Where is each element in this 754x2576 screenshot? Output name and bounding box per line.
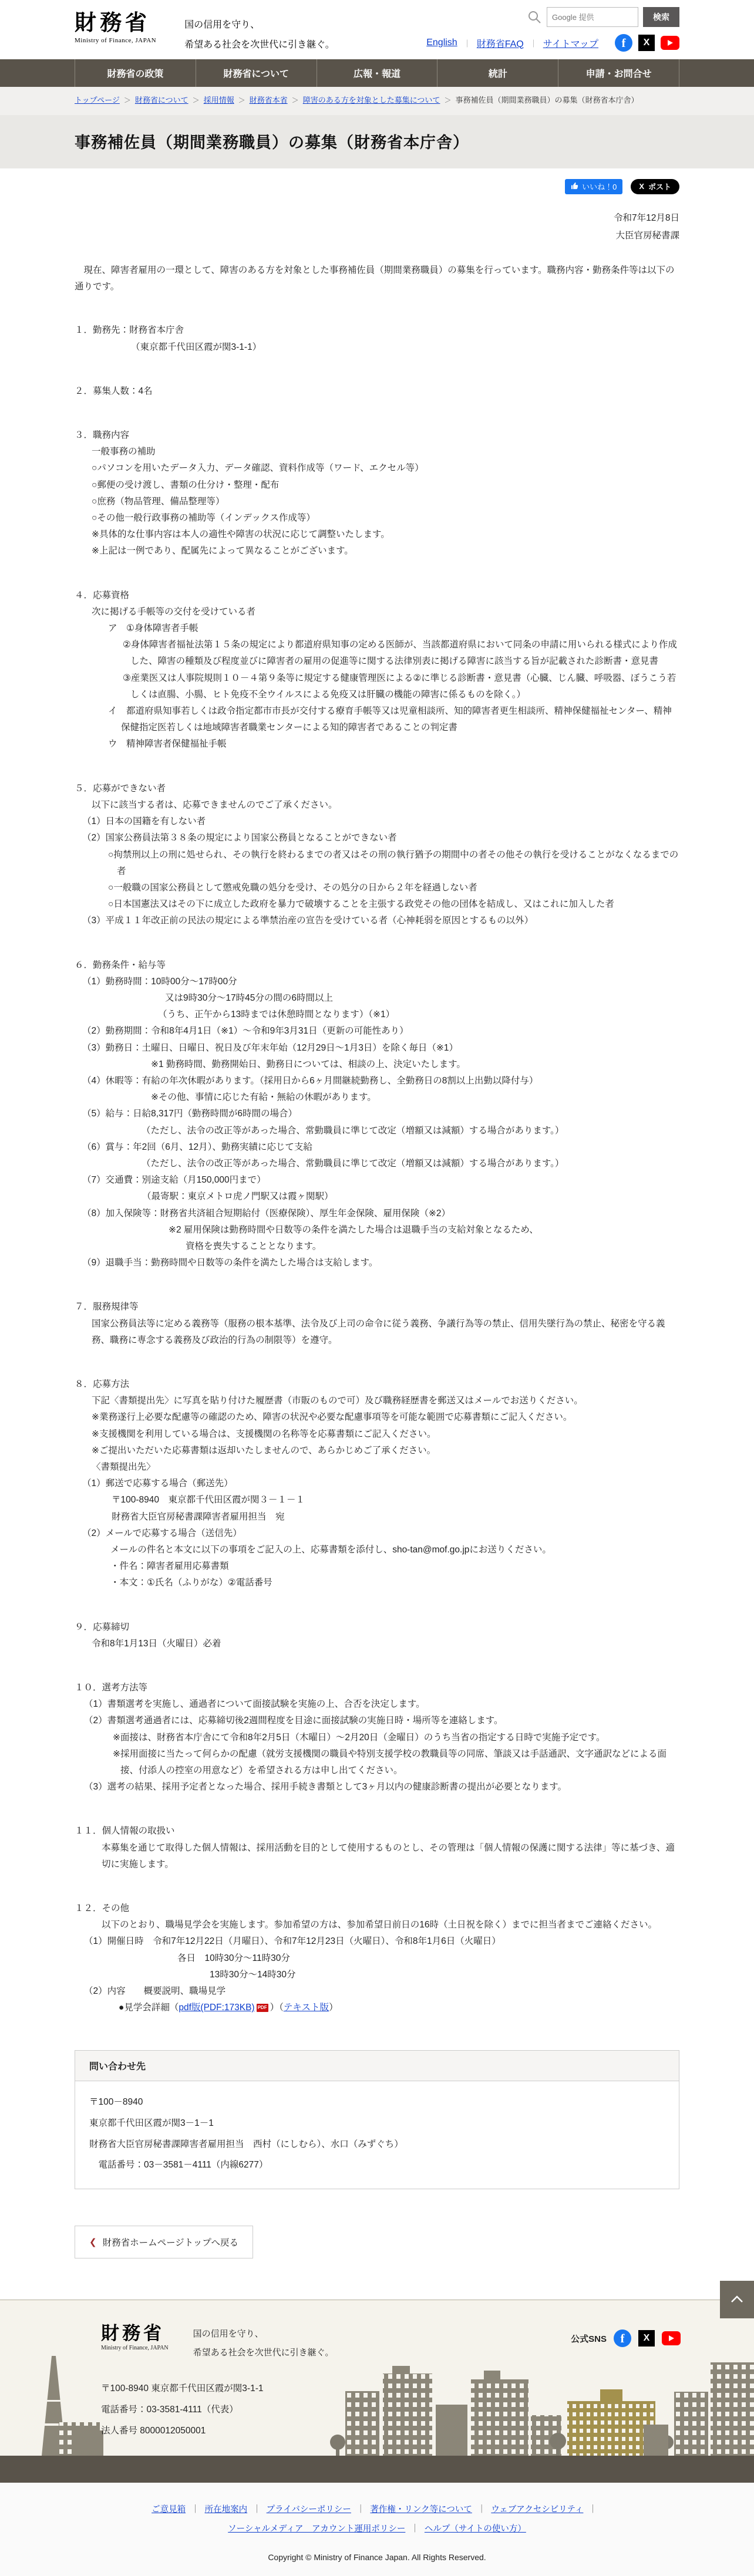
mof-logo-title: 財務省 (75, 12, 156, 36)
body-line: ○一般職の国家公務員として懲戒免職の処分を受け、その処分の日から２年を経過しない… (75, 880, 679, 896)
body-line: ※上記は一例であり、配属先によって異なることがございます。 (75, 543, 679, 559)
global-nav: 財務省の政策財務省について広報・報道統計申請・お問合せ (0, 59, 754, 87)
doc-section: ６．勤務条件・給与等（1）勤務時間：10時00分～17時00分又は9時30分～1… (75, 957, 679, 1272)
body-line: （8）加入保険等：財務省共済組合短期給付（医療保険）、厚生年金保険、雇用保険（※… (75, 1206, 679, 1222)
section-heading: ７．服務規律等 (75, 1299, 679, 1315)
link-separator: ｜ (410, 2524, 419, 2534)
footer-logo[interactable]: 財務省 Ministry of Finance, JAPAN (101, 2324, 169, 2351)
utility-link[interactable]: サイトマップ (543, 36, 598, 50)
intro-paragraph: 現在、障害者雇用の一環として、障害のある方を対象とした事務補佐員（期間業務職員）… (75, 262, 679, 295)
body-line: （3）勤務日：土曜日、日曜日、祝日及び年末年始（12月29日～1月3日）を除く毎… (75, 1040, 679, 1056)
kengakukai-pdf-link[interactable]: pdf版(PDF:173KB) (179, 2003, 254, 2013)
body-line: ②身体障害者福祉法第１５条の規定により都道府県知事の定める医師が、当該都道府県に… (75, 637, 679, 670)
section-heading: １１．個人情報の取扱い (75, 1823, 679, 1839)
footer-band (0, 2456, 754, 2483)
body-line: ウ 精神障害者保健福祉手帳 (75, 736, 679, 752)
nav-tab[interactable]: 申請・お問合せ (558, 59, 679, 87)
body-line: 一般事務の補助 (75, 444, 679, 460)
body-line: ※具体的な仕事内容は本人の適性や障害の状況に応じて調整いたします。 (75, 526, 679, 543)
pdf-icon: PDF (257, 2004, 268, 2012)
footer-bottom: ご意見箱｜所在地案内｜プライバシーポリシー｜著作権・リンク等について｜ウェブアク… (0, 2483, 754, 2576)
footer-address-line: 電話番号：03-3581-4111（代表） (101, 2399, 754, 2420)
title-band: 事務補佐員（期間業務職員）の募集（財務省本庁舎） (0, 115, 754, 168)
section-heading: ４．応募資格 (75, 588, 679, 604)
section-heading: １．勤務先：財務省本庁舎 (75, 322, 679, 339)
mof-tagline: 国の信用を守り、 希望ある社会を次世代に引き継ぐ。 (184, 12, 335, 55)
search-icon (527, 9, 542, 25)
body-line: （2）書類選考通過者には、応募締切後2週間程度を目途に面接試験の実施日時・場所等… (75, 1713, 679, 1729)
footer-link[interactable]: ウェブアクセシビリティ (491, 2505, 583, 2514)
body-line: （9）退職手当：勤務時間や日数等の条件を満たした場合は支給します。 (75, 1255, 679, 1271)
doc-section: １．勤務先：財務省本庁舎（東京都千代田区霞が関3-1-1） (75, 322, 679, 355)
site-header: 財務省 Ministry of Finance, JAPAN 国の信用を守り、 … (0, 0, 754, 59)
search-input[interactable] (547, 7, 638, 27)
x-post-button[interactable]: X ポスト (631, 179, 679, 194)
body-line: （2）メールで応募する場合（送信先） (75, 1525, 679, 1542)
doc-section: ２．募集人数：4名 (75, 383, 679, 400)
chevron-left-icon: ❮ (89, 2237, 97, 2247)
kengakukai-text-link[interactable]: テキスト版 (284, 2003, 329, 2013)
body-line: （最寄駅：東京メトロ虎ノ門駅又は霞ヶ関駅） (75, 1189, 679, 1205)
footer-links-row1: ご意見箱｜所在地案内｜プライバシーポリシー｜著作権・リンク等について｜ウェブアク… (75, 2500, 679, 2520)
body-line: （1）書類選考を実施し、通過者について面接試験を実施の上、合否を決定します。 (75, 1696, 679, 1713)
section-heading: ５．応募ができない者 (75, 781, 679, 797)
date-block: 令和7年12月8日 大臣官房秘書課 (75, 210, 679, 245)
body-line: 〒100-8940 東京都千代田区霞が関３－１－１ (75, 1492, 679, 1508)
body-line: ※1 勤務時間、勤務開始日、勤務日については、相談の上、決定いたします。 (75, 1056, 679, 1073)
doc-section: ９．応募締切令和8年1月13日（火曜日）必着 (75, 1619, 679, 1652)
body-line: 資格を喪失することとなります。 (75, 1238, 679, 1255)
contact-heading: 問い合わせ先 (75, 2051, 679, 2081)
body-line: 財務省大臣官房秘書課障害者雇用担当 宛 (75, 1509, 679, 1525)
site-footer: 財務省 Ministry of Finance, JAPAN 国の信用を守り、 … (0, 2300, 754, 2576)
body-line: （1）日本の国籍を有しない者 (75, 813, 679, 830)
body-line: （ただし、法令の改正等があった場合、常勤職員に準じて改定（増額又は減額）する場合… (75, 1123, 679, 1139)
contact-line: 東京都千代田区霞が関3－1－1 (89, 2113, 665, 2134)
body-line: （2）内容 概要説明、職場見学 (75, 1983, 679, 2000)
breadcrumb-separator: ＞ (193, 96, 200, 104)
section-heading: ２．募集人数：4名 (75, 383, 679, 400)
facebook-icon[interactable]: f (615, 34, 632, 52)
body-line: （3）平成１１年改正前の民法の規定による準禁治産の宣告を受けている者（心神耗弱を… (75, 913, 679, 929)
footer-tagline: 国の信用を守り、 希望ある社会を次世代に引き継ぐ。 (193, 2324, 334, 2363)
link-separator: ｜ (356, 2505, 365, 2514)
mof-logo[interactable]: 財務省 Ministry of Finance, JAPAN 国の信用を守り、 … (75, 7, 335, 55)
link-separator: ｜ (477, 2505, 486, 2514)
footer-link[interactable]: ヘルプ（サイトの使い方） (425, 2524, 526, 2534)
mof-logo-subtitle: Ministry of Finance, JAPAN (75, 37, 156, 44)
x-icon[interactable]: X (638, 35, 655, 51)
breadcrumb-separator: ＞ (124, 96, 131, 104)
contact-line: 〒100－8940 (89, 2092, 665, 2113)
footer-address-line: 〒100-8940 東京都千代田区霞が関3-1-1 (101, 2378, 754, 2399)
nav-tab[interactable]: 広報・報道 (317, 59, 437, 87)
link-separator: ｜ (588, 2505, 597, 2514)
body-line: （うち、正午から13時までは休憩時間となります）（※1） (75, 1007, 679, 1023)
body-line: （7）交通費：別途支給（月150,000円まで） (75, 1172, 679, 1189)
body-line: ※ご提出いただいた応募書類は返却いたしませんので、あらかじめご了承ください。 (75, 1443, 679, 1459)
search-button[interactable]: 検索 (643, 7, 679, 27)
body-line: 令和8年1月13日（火曜日）必着 (75, 1636, 679, 1652)
footer-address-line: 法人番号 8000012050001 (101, 2420, 754, 2442)
section-heading: ８．応募方法 (75, 1376, 679, 1393)
body-line: ○その他一般行政事務の補助等（インデックス作成等） (75, 510, 679, 526)
body-line: ※その他、事情に応じた有給・無給の休暇があります。 (75, 1089, 679, 1106)
facebook-like-button[interactable]: いいね！0 (565, 179, 622, 194)
breadcrumb-link[interactable]: 障害のある方を対象とした募集について (303, 96, 440, 104)
doc-section: １０．選考方法等（1）書類選考を実施し、通過者について面接試験を実施の上、合否を… (75, 1680, 679, 1795)
body-line: ※面接は、財務省本庁舎にて令和8年2月5日（木曜日）～2月20日（金曜日）のうち… (75, 1730, 679, 1746)
body-line: （2）国家公務員法第３８条の規定により国家公務員となることができない者 (75, 830, 679, 846)
contact-line: 電話番号：03－3581－4111（内線6277） (89, 2155, 665, 2176)
x-post-icon: X (639, 182, 644, 191)
body-line: ※2 雇用保険は勤務時間や日数等の条件を満たした場合は退職手当の支給対象となるた… (75, 1222, 679, 1238)
body-line: （4）休暇等：有給の年次休暇があります。（採用日から6ヶ月間継続勤務し、全勤務日… (75, 1073, 679, 1089)
youtube-icon[interactable] (661, 36, 679, 50)
page-title: 事務補佐員（期間業務職員）の募集（財務省本庁舎） (75, 130, 679, 153)
nav-tab[interactable]: 統計 (437, 59, 558, 87)
contact-line: 財務省大臣官房秘書課障害者雇用担当 西村（にしむら）、水口（みずぐち） (89, 2134, 665, 2155)
body-line: ※支援機関を利用している場合は、支援機関の名称等を応募書類にご記入ください。 (75, 1426, 679, 1443)
body-line: （5）給与：日給8,317円（勤務時間が6時間の場合） (75, 1106, 679, 1122)
footer-link[interactable]: プライバシーポリシー (267, 2505, 351, 2514)
doc-section: ５．応募ができない者以下に該当する者は、応募できませんのでご了承ください。（1）… (75, 781, 679, 930)
breadcrumb-separator: ＞ (292, 96, 299, 104)
body-line: 下記〈書類提出先〉に写真を貼り付けた履歴書（市販のもので可）及び職務経歴書を郵送… (75, 1393, 679, 1409)
footer-link[interactable]: ソーシャルメディア アカウント運用ポリシー (228, 2524, 405, 2534)
doc-section: ７．服務規律等国家公務員法等に定める義務等（服務の根本基準、法令及び上司の命令に… (75, 1299, 679, 1349)
body-line: ○郵便の受け渡し、書類の仕分け・整理・配布 (75, 477, 679, 494)
breadcrumb-link[interactable]: 財務省本省 (250, 96, 288, 104)
breadcrumb-separator: ＞ (238, 96, 245, 104)
body-line: （ただし、法令の改正等があった場合、常勤職員に準じて改定（増額又は減額）する場合… (75, 1156, 679, 1172)
footer-address: 〒100-8940 東京都千代田区霞が関3-1-1電話番号：03-3581-41… (101, 2378, 754, 2442)
footer-link[interactable]: 所在地案内 (205, 2505, 248, 2514)
body-line: メールの件名と本文に以下の事項をご記入の上、応募書類を添付し、sho-tan@m… (75, 1542, 679, 1558)
body-line: ○日本国憲法又はその下に成立した政府を暴力で破壊することを主張する政党その他の団… (75, 896, 679, 913)
breadcrumb-current: 事務補佐員（期間業務職員）の募集（財務省本庁舎） (455, 96, 638, 104)
section-heading: １０．選考方法等 (75, 1680, 679, 1696)
section-heading: ６．勤務条件・給与等 (75, 957, 679, 974)
body-line: ○庶務（物品管理、備品整理等） (75, 494, 679, 510)
breadcrumb-link[interactable]: トップページ (75, 96, 120, 104)
breadcrumb-band: トップページ＞財務省について＞採用情報＞財務省本省＞障害のある方を対象とした募集… (0, 87, 754, 114)
doc-section: １２．その他以下のとおり、職場見学会を実施します。参加希望の方は、参加希望日前日… (75, 1900, 679, 2016)
body-line: 国家公務員法等に定める義務等（服務の根本基準、法令及び上司の命令に従う義務、争議… (75, 1316, 679, 1349)
body-line: 〈書類提出先〉 (75, 1459, 679, 1476)
body-line: ○パソコンを用いたデータ入力、データ確認、資料作成等（ワード、エクセル等） (75, 460, 679, 477)
doc-section: ４．応募資格次に掲げる手帳等の交付を受けている者ア ①身体障害者手帳②身体障害者… (75, 588, 679, 753)
body-line: （東京都千代田区霞が関3-1-1） (75, 339, 679, 356)
breadcrumb-separator: ＞ (444, 96, 451, 104)
footer-links-row2: ソーシャルメディア アカウント運用ポリシー｜ヘルプ（サイトの使い方） (75, 2520, 679, 2539)
body-line: ※採用面接に当たって何らかの配慮（就労支援機関の職員や特別支援学校の教職員等の同… (75, 1746, 679, 1779)
body-line: 本募集を通じて取得した個人情報は、採用活動を目的として使用するものとし、その管理… (75, 1840, 679, 1873)
youtube-icon[interactable] (662, 2331, 681, 2345)
nav-tab[interactable]: 財務省の政策 (75, 59, 196, 87)
nav-tab[interactable]: 財務省について (196, 59, 317, 87)
x-icon[interactable]: X (638, 2330, 655, 2347)
facebook-icon[interactable]: f (614, 2329, 631, 2347)
body-line: ア ①身体障害者手帳 (75, 620, 679, 637)
utility-link[interactable]: English (426, 38, 457, 48)
body-line: ○拘禁刑以上の刑に処せられ、その執行を終わるまでの者又はその刑の執行猶予の期間中… (75, 847, 679, 880)
body-line: （1）郵送で応募する場合（郵送先） (75, 1476, 679, 1492)
utility-link[interactable]: 財務省FAQ (477, 36, 524, 50)
body-line: （3）選考の結果、採用予定者となった場合、採用手続き書類として3ヶ月以内の健康診… (75, 1779, 679, 1795)
section-heading: ９．応募締切 (75, 1619, 679, 1636)
contact-body: 〒100－8940東京都千代田区霞が関3－1－1財務省大臣官房秘書課障害者雇用担… (75, 2081, 679, 2189)
footer-link[interactable]: 著作権・リンク等について (370, 2505, 472, 2514)
body-line: ※業務遂行上必要な配慮等の確認のため、障害の状況や必要な配慮事項等を可能な範囲で… (75, 1409, 679, 1426)
official-sns-label: 公式SNS (571, 2332, 607, 2345)
section-heading: １２．その他 (75, 1900, 679, 1917)
body-line: 以下に該当する者は、応募できませんのでご了承ください。 (75, 797, 679, 813)
doc-section: ８．応募方法下記〈書類提出先〉に写真を貼り付けた履歴書（市販のもので可）及び職務… (75, 1376, 679, 1592)
body-line: イ 都道府県知事若しくは政令指定都市市長が交付する療育手帳等又は児童相談所、知的… (75, 703, 679, 736)
body-line: （2）勤務期間：令和8年4月1日（※1）～令和9年3月31日（更新の可能性あり） (75, 1023, 679, 1039)
main-content: いいね！0 X ポスト 令和7年12月8日 大臣官房秘書課 現在、障害者雇用の一… (75, 179, 679, 2258)
body-line: （1）勤務時間：10時00分～17時00分 (75, 974, 679, 990)
link-separator: ｜ (463, 38, 471, 49)
body-line: ③産業医又は人事院規則１０－４第９条等に規定する健康管理医による②に準じる診断書… (75, 670, 679, 703)
thumbs-up-icon (571, 182, 578, 191)
doc-section: １１．個人情報の取扱い本募集を通じて取得した個人情報は、採用活動を目的として使用… (75, 1823, 679, 1873)
breadcrumb-link[interactable]: 採用情報 (204, 96, 234, 104)
breadcrumb-link[interactable]: 財務省について (135, 96, 188, 104)
publish-department: 大臣官房秘書課 (75, 227, 679, 245)
copyright: Copyright © Ministry of Finance Japan. A… (0, 2553, 754, 2562)
link-separator: ｜ (530, 38, 537, 49)
breadcrumb: トップページ＞財務省について＞採用情報＞財務省本省＞障害のある方を対象とした募集… (75, 93, 679, 107)
back-to-home-button[interactable]: ❮ 財務省ホームページトップへ戻る (75, 2226, 253, 2258)
body-line: 各日 10時30分～11時30分 (75, 1950, 679, 1967)
body-line: ・件名：障害者雇用応募書類 (75, 1558, 679, 1575)
utility-links: English｜財務省FAQ｜サイトマップ (426, 36, 598, 50)
doc-section: ３．職務内容一般事務の補助○パソコンを用いたデータ入力、データ確認、資料作成等（… (75, 427, 679, 560)
body-line: 又は9時30分～17時45分の間の6時間以上 (75, 990, 679, 1007)
body-line: 13時30分～14時30分 (75, 1967, 679, 1983)
contact-box: 問い合わせ先 〒100－8940東京都千代田区霞が関3－1－1財務省大臣官房秘書… (75, 2050, 679, 2189)
body-line: 以下のとおり、職場見学会を実施します。参加希望の方は、参加希望日前日の16時（土… (75, 1917, 679, 1933)
body-line: （6）賞与：年2回（6月、12月）、勤務実績に応じて支給 (75, 1139, 679, 1156)
body-line: ●見学会詳細（pdf版(PDF:173KB)PDF）（テキスト版） (75, 2000, 679, 2016)
link-separator: ｜ (191, 2505, 200, 2514)
publish-date: 令和7年12月8日 (75, 210, 679, 227)
footer-link[interactable]: ご意見箱 (152, 2505, 186, 2514)
section-heading: ３．職務内容 (75, 427, 679, 444)
body-line: ・本文：①氏名（ふりがな）②電話番号 (75, 1575, 679, 1591)
body-line: （1）開催日時 令和7年12月22日（月曜日）、令和7年12月23日（火曜日）、… (75, 1933, 679, 1950)
link-separator: ｜ (253, 2505, 261, 2514)
body-line: 次に掲げる手帳等の交付を受けている者 (75, 604, 679, 620)
